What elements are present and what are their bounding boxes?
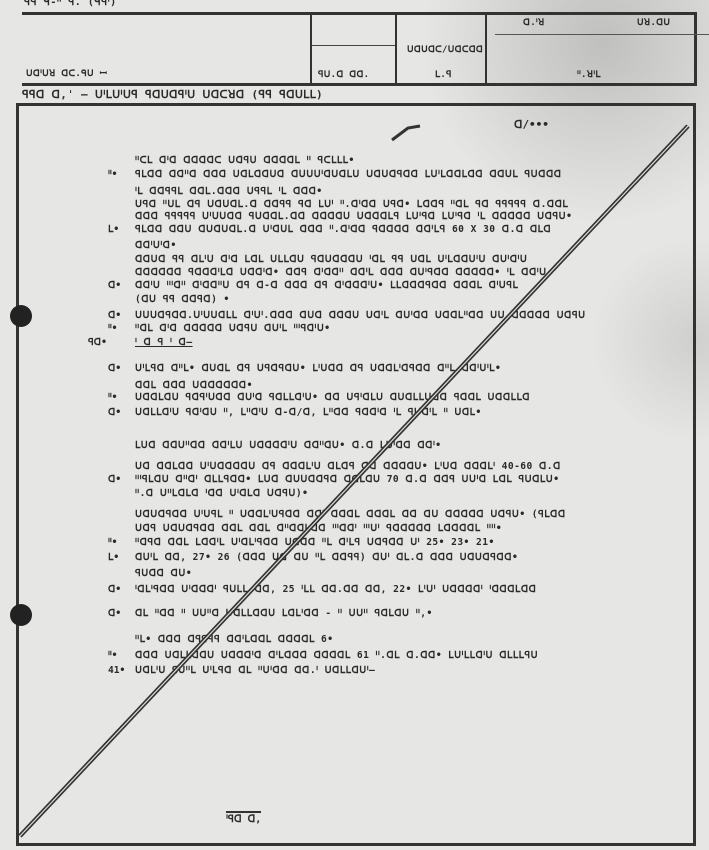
cancel-diagonal-strike [0, 0, 709, 850]
